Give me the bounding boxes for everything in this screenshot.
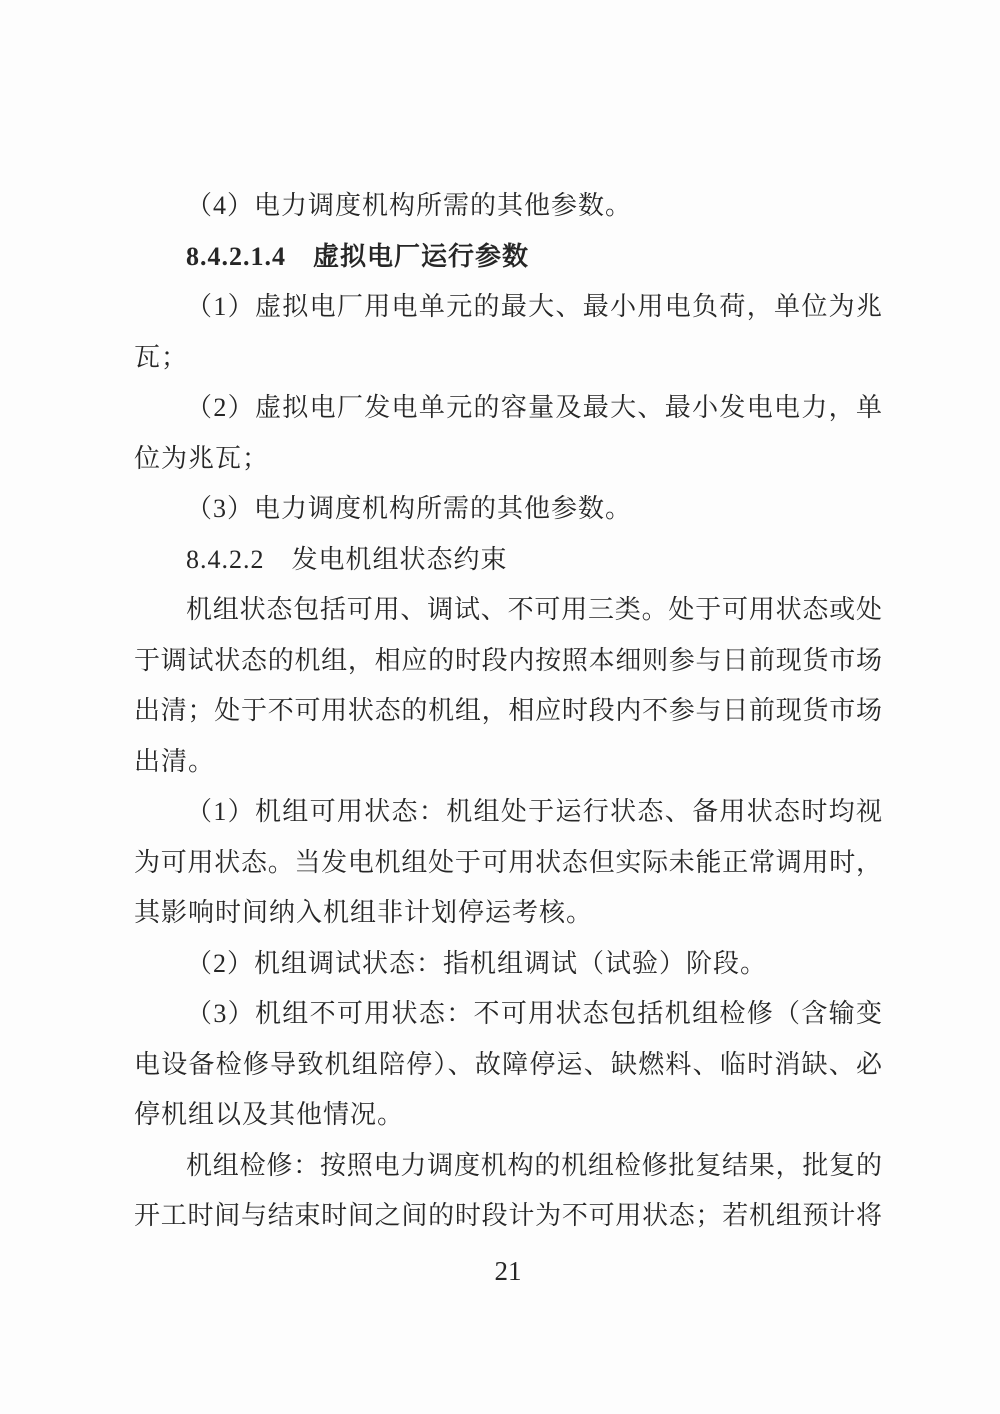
- document-page: （4）电力调度机构所需的其他参数。8.4.2.1.4 虚拟电厂运行参数（1）虚拟…: [0, 0, 1000, 1414]
- text-line: （3）机组不可用状态：不可用状态包括机组检修（含输变: [134, 989, 882, 1040]
- text-line: 位为兆瓦；: [134, 434, 882, 485]
- text-line: 8.4.2.1.4 虚拟电厂运行参数: [134, 232, 882, 283]
- text-line: 于调试状态的机组，相应的时段内按照本细则参与日前现货市场: [134, 636, 882, 687]
- text-line: 机组检修：按照电力调度机构的机组检修批复结果，批复的: [134, 1141, 882, 1192]
- text-line: 其影响时间纳入机组非计划停运考核。: [134, 888, 882, 939]
- text-line: （3）电力调度机构所需的其他参数。: [134, 484, 882, 535]
- text-line: 停机组以及其他情况。: [134, 1090, 882, 1141]
- text-lines: （4）电力调度机构所需的其他参数。8.4.2.1.4 虚拟电厂运行参数（1）虚拟…: [134, 181, 882, 1242]
- text-line: 开工时间与结束时间之间的时段计为不可用状态；若机组预计将: [134, 1191, 882, 1242]
- text-line: 电设备检修导致机组陪停）、故障停运、缺燃料、临时消缺、必: [134, 1040, 882, 1091]
- text-line: 为可用状态。当发电机组处于可用状态但实际未能正常调用时，: [134, 838, 882, 889]
- text-line: （2）机组调试状态：指机组调试（试验）阶段。: [134, 939, 882, 990]
- body-text: （4）电力调度机构所需的其他参数。8.4.2.1.4 虚拟电厂运行参数（1）虚拟…: [134, 181, 882, 1287]
- text-line: 8.4.2.2 发电机组状态约束: [134, 535, 882, 586]
- text-line: （1）机组可用状态：机组处于运行状态、备用状态时均视: [134, 787, 882, 838]
- text-line: 机组状态包括可用、调试、不可用三类。处于可用状态或处: [134, 585, 882, 636]
- text-line: 出清；处于不可用状态的机组，相应时段内不参与日前现货市场: [134, 686, 882, 737]
- text-line: （2）虚拟电厂发电单元的容量及最大、最小发电电力，单: [134, 383, 882, 434]
- text-line: 出清。: [134, 737, 882, 788]
- text-line: （1）虚拟电厂用电单元的最大、最小用电负荷，单位为兆: [134, 282, 882, 333]
- page-number: 21: [134, 1256, 882, 1287]
- text-line: （4）电力调度机构所需的其他参数。: [134, 181, 882, 232]
- text-line: 瓦；: [134, 333, 882, 384]
